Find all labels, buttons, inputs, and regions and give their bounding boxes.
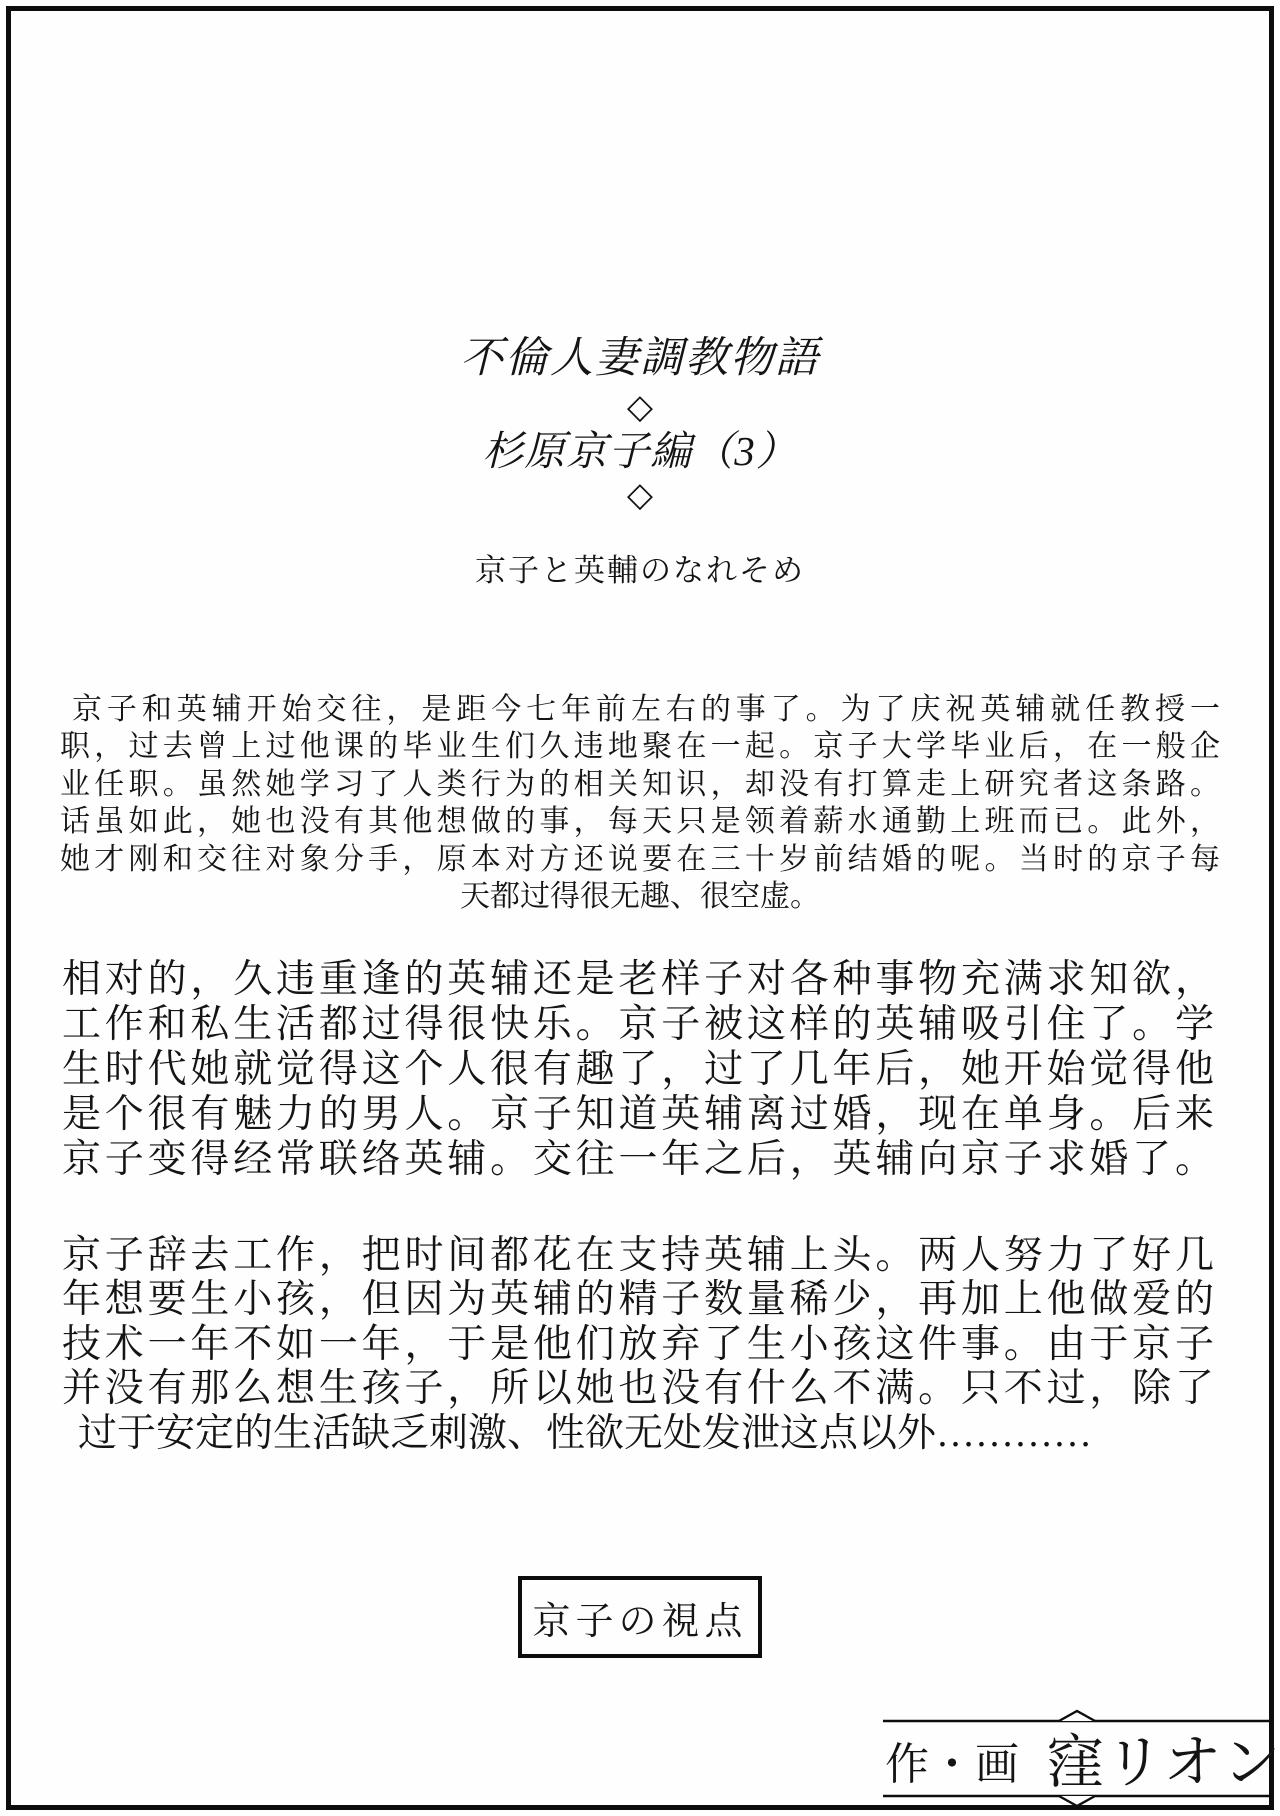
page-tagline: 京子と英輔のなれそめ [0,551,1280,591]
paragraph-line: 是个很有魅力的男人。京子知道英辅离过婚，现在单身。后来 [62,1092,1214,1137]
paragraph-1: 京子和英辅开始交往，是距今七年前左右的事了。为了庆祝英辅就任教授一 职，过去曾上… [60,691,1220,915]
page-subtitle: 杉原京子編（3） [0,426,1280,476]
paragraph-line: 京子和英辅开始交往，是距今七年前左右的事了。为了庆祝英辅就任教授一 [60,691,1220,728]
chevron-up-icon [1059,1711,1095,1721]
paragraph-line: 相对的，久违重逢的英辅还是老样子对各种事物充满求知欲， [62,957,1214,1002]
viewpoint-label: 京子の視点 [532,1590,747,1645]
diamond-ornament-icon: ◇ [0,389,1280,427]
paragraph-line: 天都过得很无趣、很空虚。 [60,878,1220,915]
paragraph-line: 业任职。虽然她学习了人类行为的相关知识，却没有打算走上研究者这条路。 [60,766,1220,803]
chevron-down-icon [1059,1796,1095,1806]
credit-block: 作・画 窪リオン [883,1700,1273,1812]
paragraph-3: 京子辞去工作，把时间都花在支持英辅上头。两人努力了好几 年想要生小孩，但因为英辅… [62,1234,1214,1456]
paragraph-line: 并没有那么想生孩子，所以她也没有什么不满。只不过，除了 [62,1367,1214,1411]
paragraph-line: 她才刚和交往对象分手，原本对方还说要在三十岁前结婚的呢。当时的京子每 [60,841,1220,878]
credit-artist: 窪リオン [1046,1734,1280,1792]
paragraph-line: 职，过去曾上过他课的毕业生们久违地聚在一起。京子大学毕业后，在一般企 [60,728,1220,765]
paragraph-line: 京子辞去工作，把时间都花在支持英辅上头。两人努力了好几 [62,1234,1214,1278]
paragraph-line: 话虽如此，她也没有其他想做的事，每天只是领着薪水通勤上班而已。此外， [60,803,1220,840]
page-title: 不倫人妻調教物語 [0,333,1280,385]
paragraph-line: 工作和私生活都过得很快乐。京子被这样的英辅吸引住了。学 [62,1002,1214,1047]
paragraph-line: 过于安定的生活缺乏刺激、性欲无处发泄这点以外………… [62,1412,1214,1456]
paragraph-line: 技术一年不如一年，于是他们放弃了生小孩这件事。由于京子 [62,1323,1214,1367]
viewpoint-box: 京子の視点 [518,1576,762,1658]
credit-rule-bottom [883,1786,1273,1810]
paragraph-line: 生时代她就觉得这个人很有趣了，过了几年后，她开始觉得他 [62,1047,1214,1092]
paragraph-line: 年想要生小孩，但因为英辅的精子数量稀少，再加上他做爱的 [62,1278,1214,1322]
credit-role: 作・画 [885,1743,1020,1787]
diamond-ornament-icon: ◇ [0,477,1280,515]
paragraph-2: 相对的，久违重逢的英辅还是老样子对各种事物充满求知欲， 工作和私生活都过得很快乐… [62,957,1214,1182]
paragraph-line: 京子变得经常联络英辅。交往一年之后，英辅向京子求婚了。 [62,1137,1214,1182]
